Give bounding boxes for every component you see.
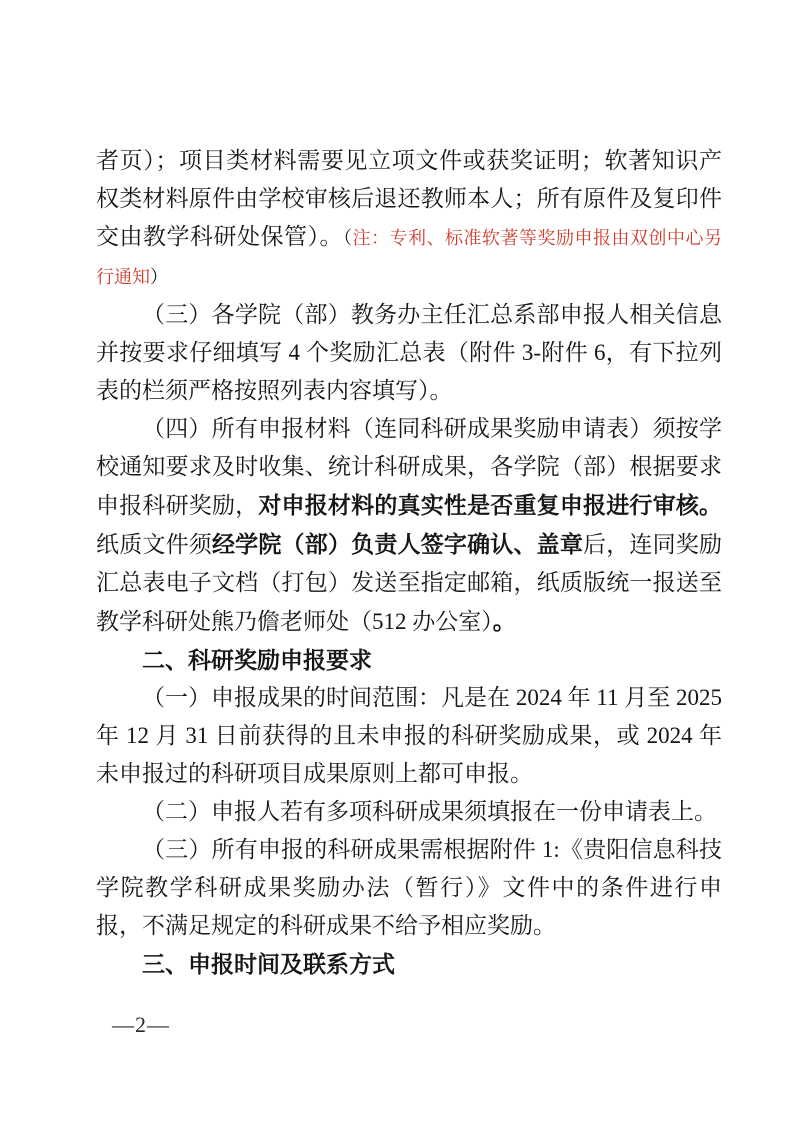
note-paren-close: ） xyxy=(150,267,168,287)
body-text-run: 纸质文件须 xyxy=(96,532,212,557)
section-heading-requirements: 二、科研奖励申报要求 xyxy=(96,641,722,679)
paragraph-item3-summary-tables: （三）各学院（部）教务办主任汇总系部申报人相关信息并按要求仔细填写 4 个奖励汇… xyxy=(96,296,722,410)
bold-period: 。 xyxy=(493,608,516,634)
paragraph-req3-conditions: （三）所有申报的科研成果需根据附件 1:《贵阳信息科技学院教学科研成果奖励办法（… xyxy=(96,831,722,945)
note-paren-open: （ xyxy=(343,228,353,248)
document-body: 者页）；项目类材料需要见立项文件或获奖证明；软著知识产权类材料原件由学校审核后退… xyxy=(96,142,722,983)
paragraph-materials-continued: 者页）；项目类材料需要见立项文件或获奖证明；软著知识产权类材料原件由学校审核后退… xyxy=(96,142,722,296)
document-page: 者页）；项目类材料需要见立项文件或获奖证明；软著知识产权类材料原件由学校审核后退… xyxy=(0,0,793,1122)
section-heading-schedule-contact: 三、申报时间及联系方式 xyxy=(96,945,722,983)
page-number: —2— xyxy=(112,1012,170,1038)
paragraph-req2-single-form: （二）申报人若有多项科研成果须填报在一份申请表上。 xyxy=(96,793,722,831)
paragraph-item4-review: （四）所有申报材料（连同科研成果奖励申请表）须按学校通知要求及时收集、统计科研成… xyxy=(96,410,722,641)
bold-emphasis-review: 对申报材料的真实性是否重复申报进行审核。 xyxy=(258,492,722,518)
paragraph-req1-time-range: （一）申报成果的时间范围：凡是在 2024 年 11 月至 2025 年 12 … xyxy=(96,679,722,793)
bold-emphasis-signature-seal: 经学院（部）负责人签字确认、盖章 xyxy=(212,531,583,557)
